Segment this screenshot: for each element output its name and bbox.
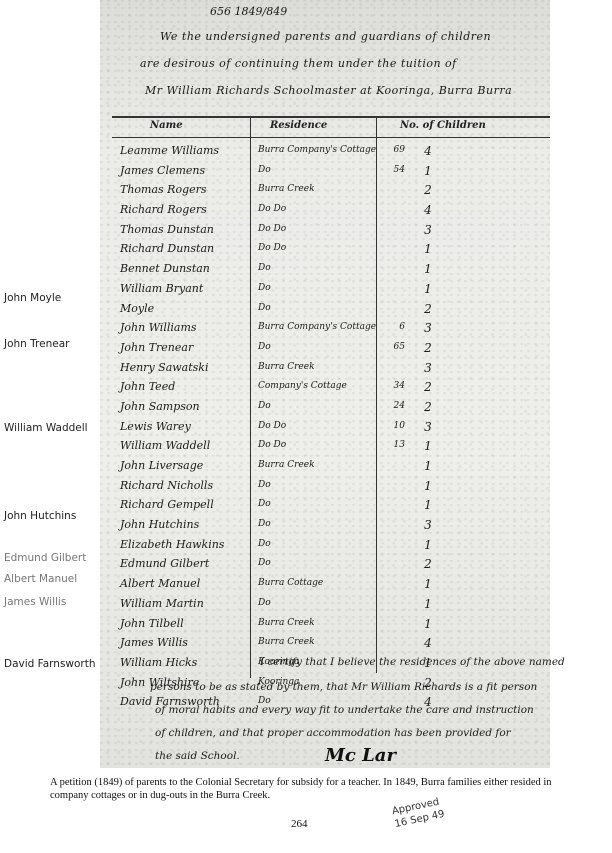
row-name: William Martin (120, 597, 204, 610)
row-children-count: 2 (418, 341, 438, 355)
row-residence: Burra Creek (258, 362, 315, 372)
row-residence: Do (258, 303, 271, 313)
margin-annotation: John Moyle (4, 292, 61, 304)
row-name: Edmund Gilbert (120, 557, 209, 570)
row-residence: Do (258, 558, 271, 568)
margin-annotation: John Hutchins (4, 510, 76, 522)
row-children-count: 2 (418, 400, 438, 414)
row-name: Richard Dunstan (120, 242, 214, 255)
row-residence: Company's Cottage (258, 381, 347, 391)
row-name: Lewis Warey (120, 420, 191, 433)
row-children-count: 1 (418, 479, 438, 493)
row-residence: Burra Creek (258, 184, 315, 194)
table-header-rule (112, 137, 550, 138)
row-children-count: 2 (418, 302, 438, 316)
row-residence: Do (258, 480, 271, 490)
table-row: James ClemensDo541 (100, 162, 550, 182)
table-row: John SampsonDo242 (100, 398, 550, 418)
row-children-count: 3 (418, 420, 438, 434)
certification-line-2: persons to be as stated by them, that Mr… (150, 681, 537, 693)
petition-table-body: Leamme WilliamsBurra Company's Cottage69… (100, 142, 550, 713)
reference-number: 656 1849/849 (210, 5, 287, 18)
row-residence: Do (258, 539, 271, 549)
row-children-count: 1 (418, 439, 438, 453)
row-children-count: 1 (418, 164, 438, 178)
row-name: Moyle (120, 302, 154, 315)
margin-annotation: Albert Manuel (4, 573, 77, 585)
row-name: John Hutchins (120, 518, 199, 531)
table-row: MoyleDo2 (100, 300, 550, 320)
row-children-count: 2 (418, 380, 438, 394)
row-children-count: 3 (418, 518, 438, 532)
page-number: 264 (291, 818, 308, 830)
row-residence: Burra Company's Cottage (258, 145, 376, 155)
margin-annotation: David Farnsworth (4, 658, 96, 670)
row-name: James Willis (120, 636, 188, 649)
row-residence: Do Do (258, 440, 286, 450)
row-children-count: 1 (418, 538, 438, 552)
row-name: Thomas Rogers (120, 183, 207, 196)
certification-line-4: of children, and that proper accommodati… (155, 727, 511, 739)
row-residence: Do (258, 499, 271, 509)
row-name: William Bryant (120, 282, 203, 295)
table-row: Elizabeth HawkinsDo1 (100, 536, 550, 556)
table-row: Richard DunstanDo Do1 (100, 240, 550, 260)
row-cottage-number: 69 (385, 145, 405, 155)
row-cottage-number: 6 (385, 322, 405, 332)
table-row: John TeedCompany's Cottage342 (100, 378, 550, 398)
table-row: Thomas RogersBurra Creek2 (100, 181, 550, 201)
row-name: John Liversage (120, 459, 203, 472)
signature: Mc Lar (325, 745, 396, 766)
table-row: Leamme WilliamsBurra Company's Cottage69… (100, 142, 550, 162)
intro-line-1: We the undersigned parents and guardians… (160, 30, 491, 43)
table-row: John TilbellBurra Creek1 (100, 615, 550, 635)
row-residence: Burra Creek (258, 460, 315, 470)
row-cottage-number: 65 (385, 342, 405, 352)
row-children-count: 1 (418, 262, 438, 276)
row-children-count: 1 (418, 577, 438, 591)
certification-line-3: of moral habits and every way fit to und… (155, 704, 534, 716)
row-children-count: 4 (418, 636, 438, 650)
row-name: John Sampson (120, 400, 200, 413)
table-row: Richard RogersDo Do4 (100, 201, 550, 221)
row-children-count: 4 (418, 203, 438, 217)
row-residence: Do Do (258, 204, 286, 214)
table-row: Thomas DunstanDo Do3 (100, 221, 550, 241)
row-name: John Williams (120, 321, 197, 334)
row-name: James Clemens (120, 164, 205, 177)
row-name: John Tilbell (120, 617, 184, 630)
row-cottage-number: 24 (385, 401, 405, 411)
table-row: Albert ManuelBurra Cottage1 (100, 575, 550, 595)
row-children-count: 1 (418, 498, 438, 512)
row-name: Henry Sawatski (120, 361, 208, 374)
row-cottage-number: 34 (385, 381, 405, 391)
table-top-rule (112, 116, 550, 118)
row-cottage-number: 54 (385, 165, 405, 175)
row-residence: Do (258, 342, 271, 352)
row-children-count: 3 (418, 223, 438, 237)
row-name: William Waddell (120, 439, 210, 452)
table-row: Richard NichollsDo1 (100, 477, 550, 497)
table-row: William WaddellDo Do131 (100, 437, 550, 457)
row-children-count: 1 (418, 597, 438, 611)
row-children-count: 1 (418, 459, 438, 473)
row-children-count: 3 (418, 321, 438, 335)
table-row: William MartinDo1 (100, 595, 550, 615)
petition-scan: 656 1849/849 We the undersigned parents … (100, 0, 550, 768)
row-residence: Burra Creek (258, 637, 315, 647)
row-children-count: 2 (418, 557, 438, 571)
margin-annotation: James Willis (4, 596, 66, 608)
row-name: Richard Nicholls (120, 479, 213, 492)
table-row: John WilliamsBurra Company's Cottage63 (100, 319, 550, 339)
table-row: Edmund GilbertDo2 (100, 555, 550, 575)
row-children-count: 1 (418, 617, 438, 631)
row-name: John Teed (120, 380, 175, 393)
row-residence: Burra Creek (258, 618, 315, 628)
figure-caption: A petition (1849) of parents to the Colo… (50, 776, 590, 802)
row-children-count: 2 (418, 183, 438, 197)
row-children-count: 1 (418, 242, 438, 256)
table-row: John TrenearDo652 (100, 339, 550, 359)
row-residence: Do Do (258, 243, 286, 253)
row-name: Bennet Dunstan (120, 262, 210, 275)
header-name: Name (150, 120, 183, 131)
row-residence: Do Do (258, 421, 286, 431)
row-residence: Do Do (258, 224, 286, 234)
intro-line-3: Mr William Richards Schoolmaster at Koor… (145, 84, 512, 97)
intro-line-2: are desirous of continuing them under th… (140, 57, 457, 70)
row-name: William Hicks (120, 656, 197, 669)
row-name: Albert Manuel (120, 577, 200, 590)
certification-line-5: the said School. (155, 750, 240, 762)
header-residence: Residence (270, 120, 327, 131)
certification-line-1: I certify that I believe the residences … (260, 656, 565, 668)
row-children-count: 1 (418, 282, 438, 296)
table-row: Henry SawatskiBurra Creek3 (100, 359, 550, 379)
row-residence: Do (258, 598, 271, 608)
row-residence: Do (258, 519, 271, 529)
table-row: John HutchinsDo3 (100, 516, 550, 536)
table-row: Lewis WareyDo Do103 (100, 418, 550, 438)
table-row: Bennet DunstanDo1 (100, 260, 550, 280)
table-row: William BryantDo1 (100, 280, 550, 300)
row-residence: Do (258, 263, 271, 273)
row-name: Richard Gempell (120, 498, 214, 511)
table-row: James WillisBurra Creek4 (100, 634, 550, 654)
table-row: Richard GempellDo1 (100, 496, 550, 516)
margin-annotation: John Trenear (4, 338, 69, 350)
row-children-count: 4 (418, 144, 438, 158)
row-cottage-number: 10 (385, 421, 405, 431)
row-name: Elizabeth Hawkins (120, 538, 224, 551)
row-name: John Trenear (120, 341, 193, 354)
row-residence: Do (258, 401, 271, 411)
header-children: No. of Children (400, 120, 486, 131)
margin-annotation: William Waddell (4, 422, 88, 434)
row-children-count: 3 (418, 361, 438, 375)
row-residence: Burra Cottage (258, 578, 323, 588)
row-name: Leamme Williams (120, 144, 219, 157)
row-residence: Burra Company's Cottage (258, 322, 376, 332)
table-row: John LiversageBurra Creek1 (100, 457, 550, 477)
margin-annotation: Edmund Gilbert (4, 552, 86, 564)
row-residence: Do (258, 283, 271, 293)
row-residence: Do (258, 165, 271, 175)
row-name: Thomas Dunstan (120, 223, 214, 236)
row-name: Richard Rogers (120, 203, 207, 216)
row-cottage-number: 13 (385, 440, 405, 450)
